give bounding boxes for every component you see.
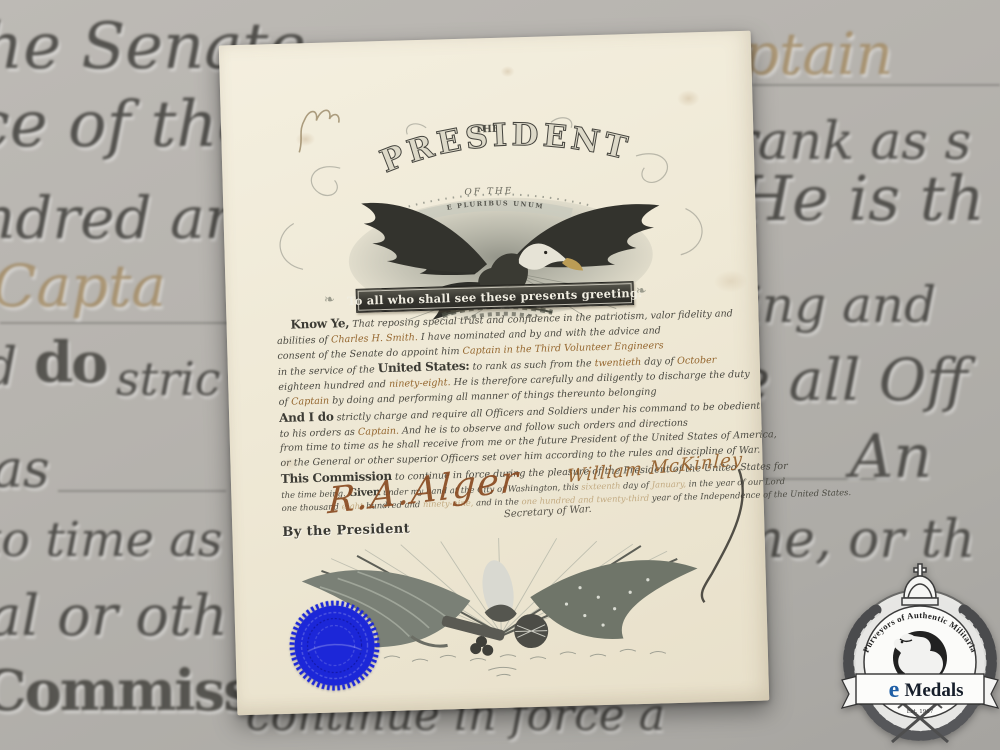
- background-fragment: d: [0, 338, 17, 398]
- salutation-text: To all who shall see these presents gree…: [347, 286, 643, 308]
- right-flag-drape: [529, 559, 699, 642]
- commission-certificate: THE PRESIDENT PRESIDENT OF THE E PLURIBU…: [219, 31, 770, 716]
- background-fragment: stric: [116, 352, 221, 406]
- background-fragment: ce of the: [0, 88, 255, 162]
- crown-icon: [902, 564, 938, 605]
- background-baseline: [0, 322, 238, 324]
- background-fragment: e all Off: [736, 346, 968, 414]
- background-fragment: me, or th: [735, 510, 975, 570]
- background-fragment: to time as: [0, 512, 223, 568]
- by-the-president-label: By the President: [282, 521, 410, 540]
- background-fragment: as: [0, 440, 50, 500]
- background-fragment: Capta: [0, 252, 166, 320]
- background-fragment: An: [850, 422, 932, 492]
- emedals-logo: Purveyors of Authentic Militaria e Medal…: [836, 562, 1000, 750]
- background-fragment: ptain: [742, 20, 893, 88]
- ground-hatching: [334, 647, 667, 680]
- background-fragment: He is th: [738, 162, 985, 235]
- banner-leaf-right: ❧: [636, 283, 664, 298]
- background-fragment: do: [34, 330, 107, 396]
- background-fragment: ing and: [746, 276, 936, 334]
- background-fragment: al or oth: [0, 584, 228, 649]
- title-of-the: OF THE: [464, 186, 513, 197]
- blue-seal: [286, 597, 383, 694]
- background-baseline: [58, 490, 226, 492]
- background-fragment: ndred an: [0, 184, 242, 252]
- cannonballs: [470, 636, 494, 657]
- logo-est: Est. 1967: [907, 709, 934, 715]
- logo-brand-medals: Medals: [904, 680, 963, 701]
- logo-brand-e: e: [889, 677, 900, 703]
- photo-stage: he Senatece of thendred anCaptaddostrica…: [0, 0, 1000, 750]
